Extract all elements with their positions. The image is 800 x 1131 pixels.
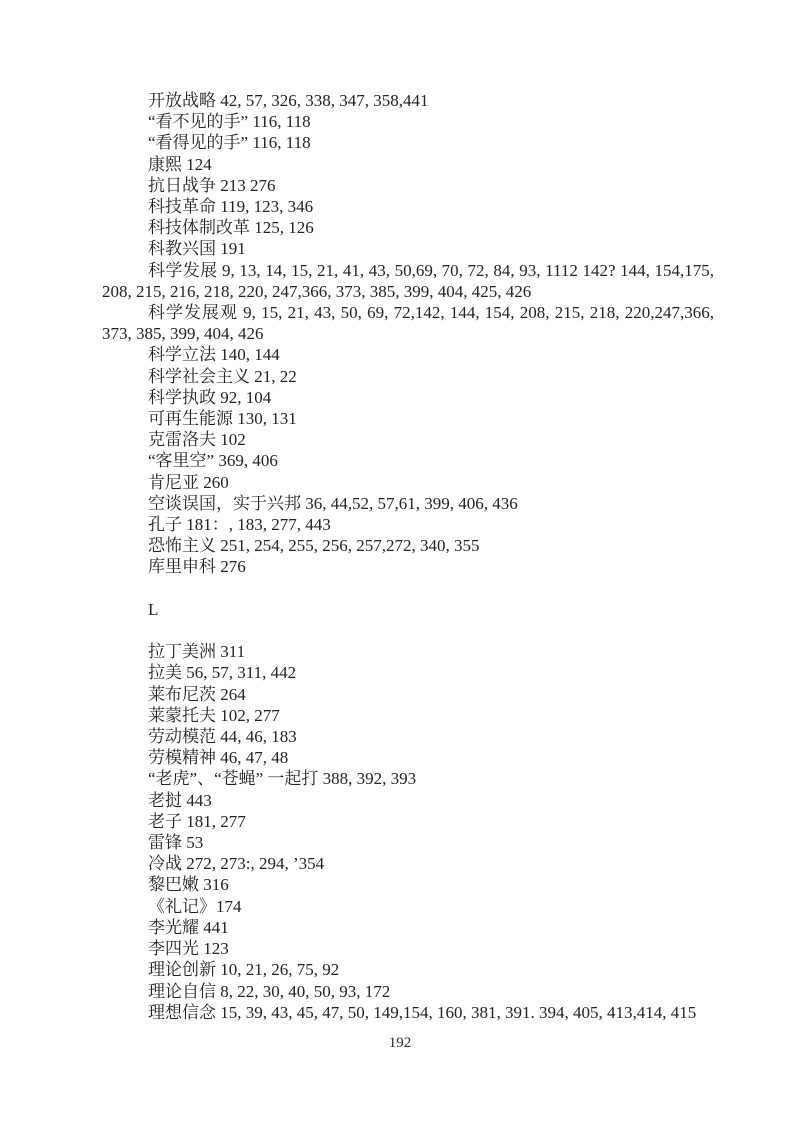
index-entry: 孔子 181：, 183, 277, 443: [102, 514, 714, 535]
index-entry: 劳动模范 44, 46, 183: [102, 726, 714, 747]
index-entry: 《礼记》174: [102, 896, 714, 917]
index-entry: 科学发展 9, 13, 14, 15, 21, 41, 43, 50,69, 7…: [102, 260, 714, 302]
index-entry: 科学发展观 9, 15, 21, 43, 50, 69, 72,142, 144…: [102, 302, 714, 344]
index-entry: 老挝 443: [102, 790, 714, 811]
page-number: 192: [0, 1033, 800, 1053]
index-entry: 李光耀 441: [102, 917, 714, 938]
index-entry: “看不见的手” 116, 118: [102, 111, 714, 132]
index-entry: 莱蒙托夫 102, 277: [102, 705, 714, 726]
index-entry: “看得见的手” 116, 118: [102, 132, 714, 153]
index-entry: 克雷洛夫 102: [102, 429, 714, 450]
index-entry: 李四光 123: [102, 938, 714, 959]
index-entry: 莱布尼茨 264: [102, 684, 714, 705]
index-entry: “老虎”、“苍蝇” 一起打 388, 392, 393: [102, 768, 714, 789]
index-entry: 理想信念 15, 39, 43, 45, 47, 50, 149,154, 16…: [102, 1002, 714, 1023]
index-entry: 科学执政 92, 104: [102, 387, 714, 408]
section-heading-l: L: [102, 599, 714, 620]
index-entry: 康熙 124: [102, 154, 714, 175]
index-entry: 老子 181, 277: [102, 811, 714, 832]
index-section-l: 拉丁美洲 311拉美 56, 57, 311, 442莱布尼茨 264莱蒙托夫 …: [102, 641, 714, 1023]
index-entry: 抗日战争 213 276: [102, 175, 714, 196]
book-index-page: 开放战略 42, 57, 326, 338, 347, 358,441“看不见的…: [0, 0, 800, 1131]
index-entry: 雷锋 53: [102, 832, 714, 853]
index-entry: 科技体制改革 125, 126: [102, 217, 714, 238]
index-entry: 科技革命 119, 123, 346: [102, 196, 714, 217]
index-entry: 库里申科 276: [102, 556, 714, 577]
index-entry: 理论自信 8, 22, 30, 40, 50, 93, 172: [102, 981, 714, 1002]
index-entry: “客里空” 369, 406: [102, 450, 714, 471]
index-content: 开放战略 42, 57, 326, 338, 347, 358,441“看不见的…: [102, 90, 714, 1023]
index-entry: 理论创新 10, 21, 26, 75, 92: [102, 959, 714, 980]
index-entry: 冷战 272, 273:, 294, ’354: [102, 853, 714, 874]
index-entry: 科学立法 140, 144: [102, 344, 714, 365]
index-entry: 拉丁美洲 311: [102, 641, 714, 662]
index-entry: 科教兴国 191: [102, 238, 714, 259]
index-entry: 可再生能源 130, 131: [102, 408, 714, 429]
index-section-k: 开放战略 42, 57, 326, 338, 347, 358,441“看不见的…: [102, 90, 714, 578]
index-entry: 开放战略 42, 57, 326, 338, 347, 358,441: [102, 90, 714, 111]
index-entry: 空谈误国，实于兴邦 36, 44,52, 57,61, 399, 406, 43…: [102, 493, 714, 514]
index-entry: 劳模精神 46, 47, 48: [102, 747, 714, 768]
index-entry: 拉美 56, 57, 311, 442: [102, 662, 714, 683]
index-entry: 科学社会主义 21, 22: [102, 366, 714, 387]
index-entry: 恐怖主义 251, 254, 255, 256, 257,272, 340, 3…: [102, 535, 714, 556]
index-entry: 肯尼亚 260: [102, 472, 714, 493]
index-entry: 黎巴嫩 316: [102, 874, 714, 895]
